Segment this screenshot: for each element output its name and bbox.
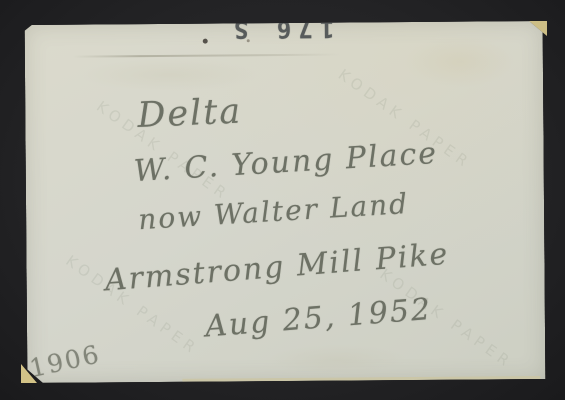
paper-speck bbox=[203, 39, 208, 44]
paper-speck bbox=[247, 39, 250, 42]
handwriting-line-owner: now Walter Land bbox=[137, 187, 410, 236]
photo-card-back: 176 S KODAK PAPER KODAK PAPER KODAK PAPE… bbox=[25, 21, 546, 383]
archive-stamp-number: 176 S bbox=[221, 15, 341, 44]
photo-mat: 176 S KODAK PAPER KODAK PAPER KODAK PAPE… bbox=[0, 0, 565, 400]
handwriting-line-title: Delta bbox=[136, 92, 243, 136]
handwriting-line-place: W. C. Young Place bbox=[133, 136, 439, 189]
crease-mark bbox=[73, 54, 341, 58]
paper-stain bbox=[80, 57, 260, 92]
paper-stain bbox=[267, 344, 407, 375]
paper-stain bbox=[405, 35, 515, 88]
handwriting-line-date: Aug 25, 1952 bbox=[204, 292, 433, 345]
handwriting-corner-number: 1906 bbox=[27, 339, 103, 383]
